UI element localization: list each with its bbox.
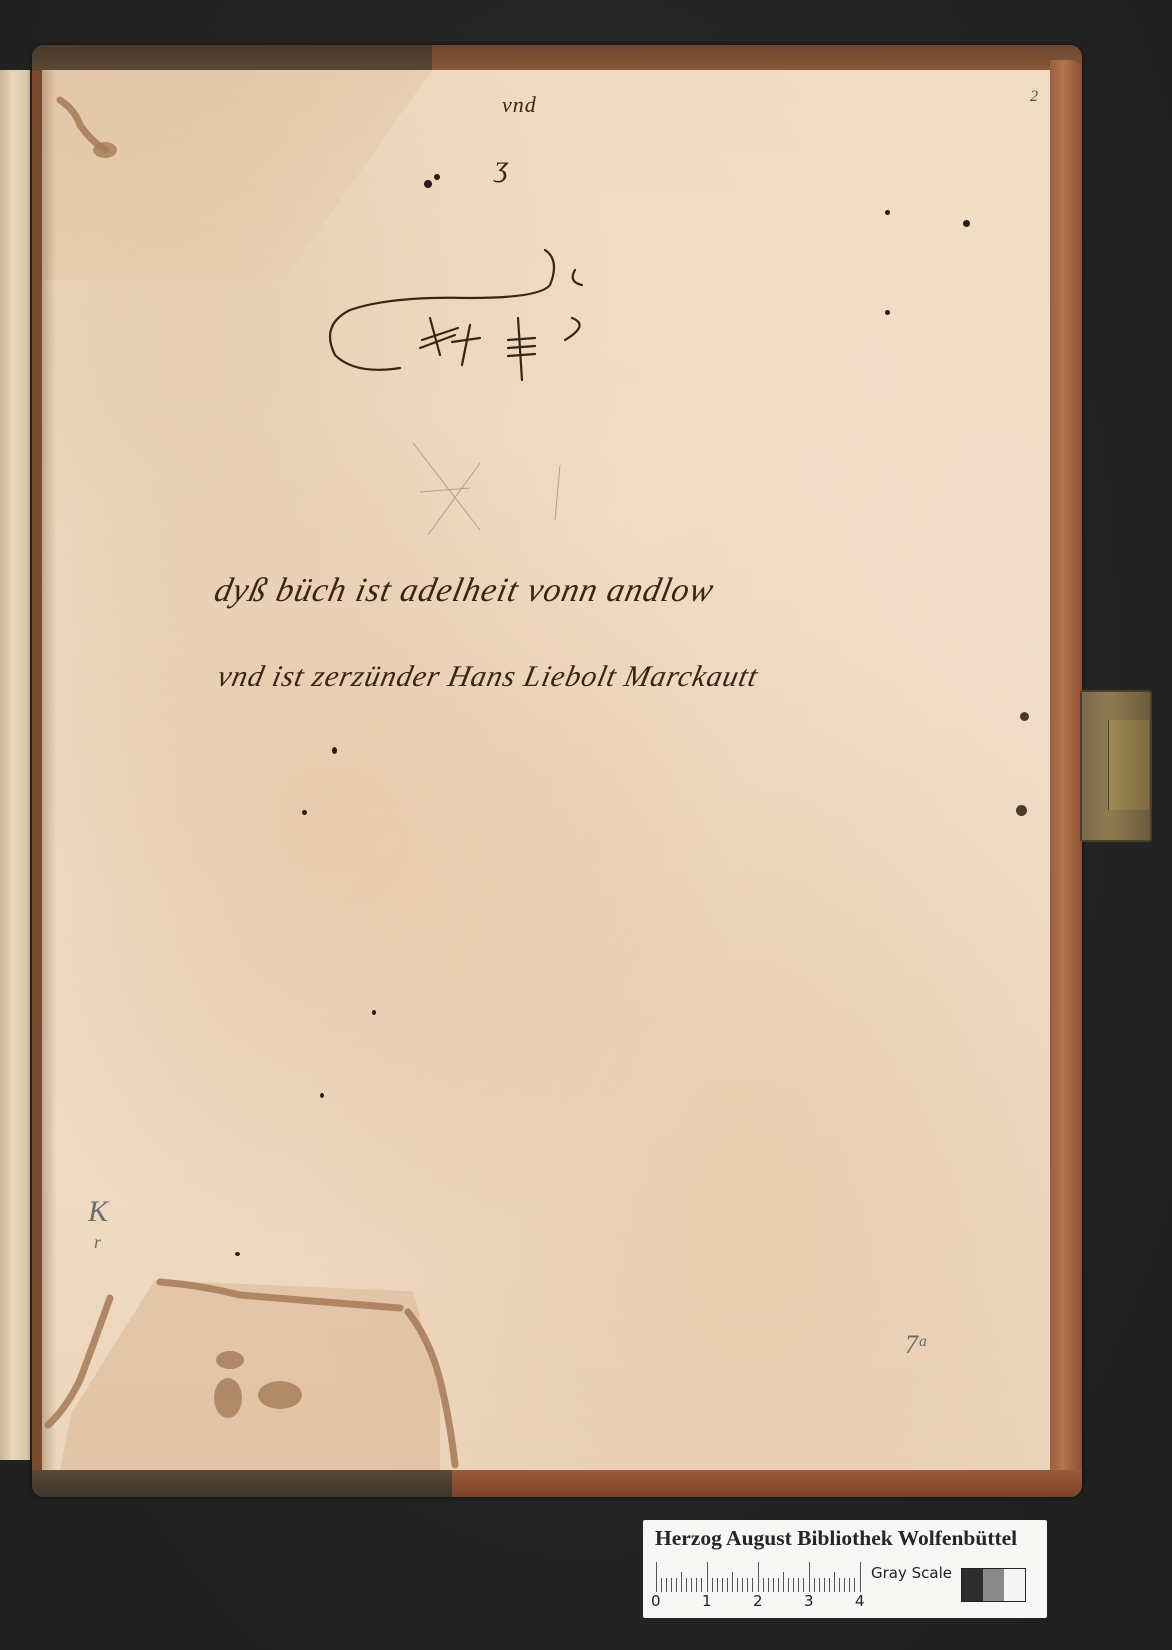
ruler-tick [732,1572,733,1592]
ruler-tick [661,1578,662,1592]
ruler-tick [788,1578,789,1592]
gray-swatch-light [1004,1569,1025,1601]
ruler-tick [742,1578,743,1592]
ruler-numbers: 0 1 2 3 4 [651,1592,881,1612]
ruler-tick [747,1578,748,1592]
ruler-tick [707,1562,708,1592]
ruler-tick [829,1578,830,1592]
ruler-tick [824,1578,825,1592]
wormhole [424,180,432,188]
ruler-tick [773,1578,774,1592]
ruler-number: 0 [651,1592,661,1610]
ruler-tick [768,1578,769,1592]
gray-swatch-dark [962,1569,983,1601]
ruler-tick [691,1578,692,1592]
wormhole [1020,712,1029,721]
gray-swatch-mid [983,1569,1004,1601]
ruler-tick [727,1578,728,1592]
institution-name: Herzog August Bibliothek Wolfenbüttel [655,1526,1035,1551]
ruler-tick [798,1578,799,1592]
wormhole [963,220,970,227]
ruler-tick [860,1562,861,1592]
ruler-tick [803,1578,804,1592]
reference-label: Herzog August Bibliothek Wolfenbüttel [643,1520,1047,1618]
ruler-tick [778,1578,779,1592]
brass-clasp-band [1108,720,1149,810]
wormhole [434,174,440,180]
margin-note-top: vnd [502,92,537,118]
ruler-number: 2 [753,1592,763,1610]
ruler-tick [686,1578,687,1592]
ruler-tick [814,1578,815,1592]
ruler-tick [752,1578,753,1592]
ruler-tick [844,1578,845,1592]
wormhole [332,747,337,754]
ruler-tick [696,1578,697,1592]
ruler-tick [737,1578,738,1592]
wormhole [302,810,307,815]
wormhole [235,1252,240,1256]
ruler-tick [809,1562,810,1592]
pencil-shelfmark-sub: r [94,1232,101,1253]
ruler-tick [701,1578,702,1592]
ruler-tick [839,1578,840,1592]
ruler-number: 4 [855,1592,865,1610]
ruler-number: 1 [702,1592,712,1610]
ruler-tick [722,1578,723,1592]
ownership-inscription-line-2: vnd ist zerzünder Hans Liebolt Marckautt [214,660,761,694]
wormhole [1016,805,1027,816]
pencil-number-top-right: 2 [1030,88,1038,106]
wormhole [885,310,890,315]
ruler-tick [671,1578,672,1592]
centimeter-ruler [656,1562,861,1592]
ruler-tick [793,1578,794,1592]
ruler-tick [666,1578,667,1592]
wormhole [372,1010,376,1015]
ruler-tick [681,1572,682,1592]
ruler-tick [717,1578,718,1592]
gray-scale-label: Gray Scale [871,1564,952,1582]
wormhole [885,210,890,215]
ruler-tick [819,1578,820,1592]
pencil-number-bottom-right: 7ᵃ [905,1330,928,1360]
pencil-shelfmark: K [88,1195,108,1229]
wormhole [320,1093,324,1098]
ruler-tick [763,1578,764,1592]
ruler-tick [834,1572,835,1592]
ruler-number: 3 [804,1592,814,1610]
ruler-tick [656,1562,657,1592]
ruler-tick [854,1578,855,1592]
worm-tracks [0,0,1172,1650]
ruler-tick [849,1578,850,1592]
ruler-tick [758,1562,759,1592]
ruler-tick [712,1578,713,1592]
margin-note-z: ʒ [495,150,509,184]
ownership-inscription-line-1: dyß büch ist adelheit vonn andlow [211,572,718,610]
ruler-tick [783,1572,784,1592]
ruler-tick [676,1578,677,1592]
gray-scale-swatch [961,1568,1026,1602]
